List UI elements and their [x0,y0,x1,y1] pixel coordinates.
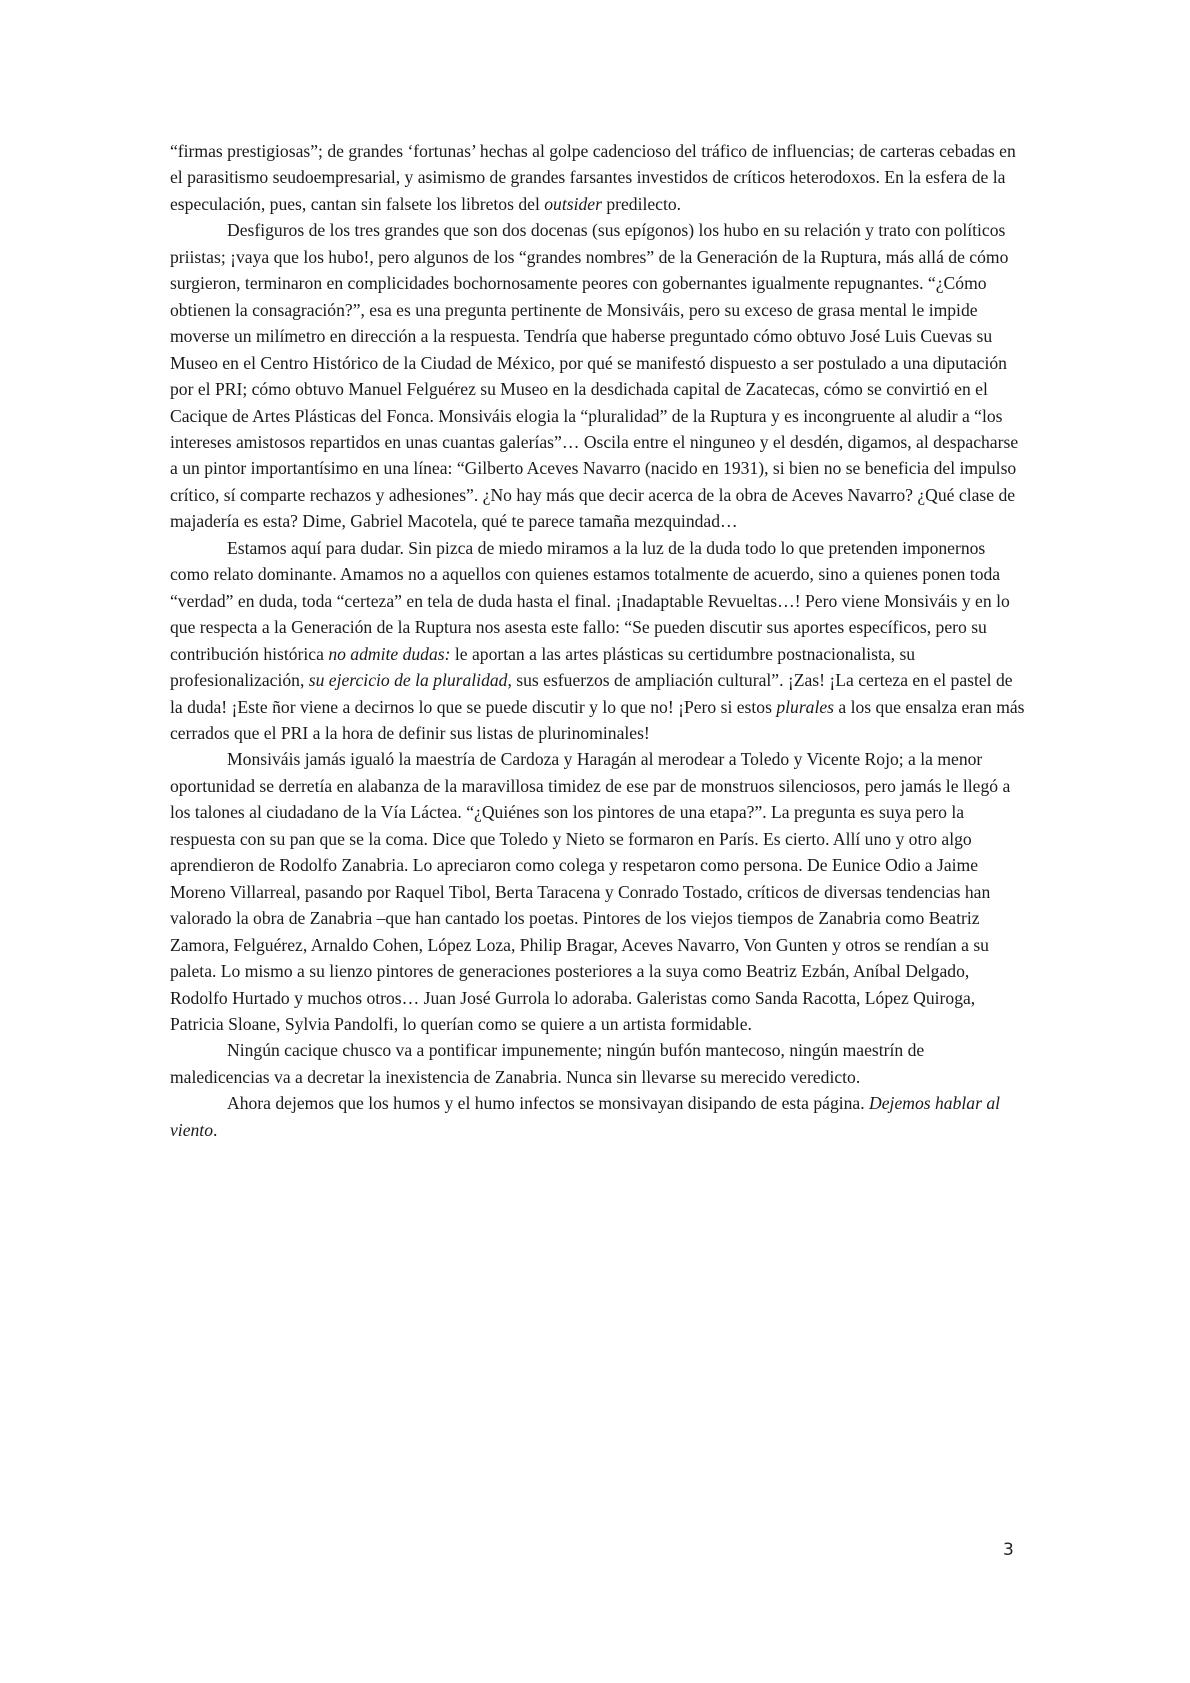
paragraph-6: Ahora dejemos que los humos y el humo in… [170,1090,1026,1143]
paragraph-3-italic-plurales: plurales [776,697,834,717]
paragraph-4-text: Monsiváis jamás igualó la maestría de Ca… [170,749,1010,1034]
paragraph-1: “firmas prestigiosas”; de grandes ‘fortu… [170,138,1026,217]
paragraph-1-italic-outsider: outsider [544,194,602,214]
paragraph-5-text: Ningún cacique chusco va a pontificar im… [170,1040,924,1086]
paragraph-1-text-b: predilecto. [602,194,681,214]
paragraph-6-text-b: . [213,1120,217,1140]
paragraph-3: Estamos aquí para dudar. Sin pizca de mi… [170,535,1026,747]
paragraph-2-text: Desfiguros de los tres grandes que son d… [170,220,1018,531]
page-number: 3 [1003,1540,1014,1560]
paragraph-3-italic-ejercicio-pluralidad: su ejercicio de la pluralidad [309,670,508,690]
paragraph-2: Desfiguros de los tres grandes que son d… [170,217,1026,534]
document-body: “firmas prestigiosas”; de grandes ‘fortu… [170,138,1026,1143]
paragraph-3-italic-no-admite-dudas: no admite dudas: [328,644,450,664]
paragraph-4: Monsiváis jamás igualó la maestría de Ca… [170,746,1026,1037]
paragraph-5: Ningún cacique chusco va a pontificar im… [170,1037,1026,1090]
paragraph-6-text-a: Ahora dejemos que los humos y el humo in… [227,1093,869,1113]
